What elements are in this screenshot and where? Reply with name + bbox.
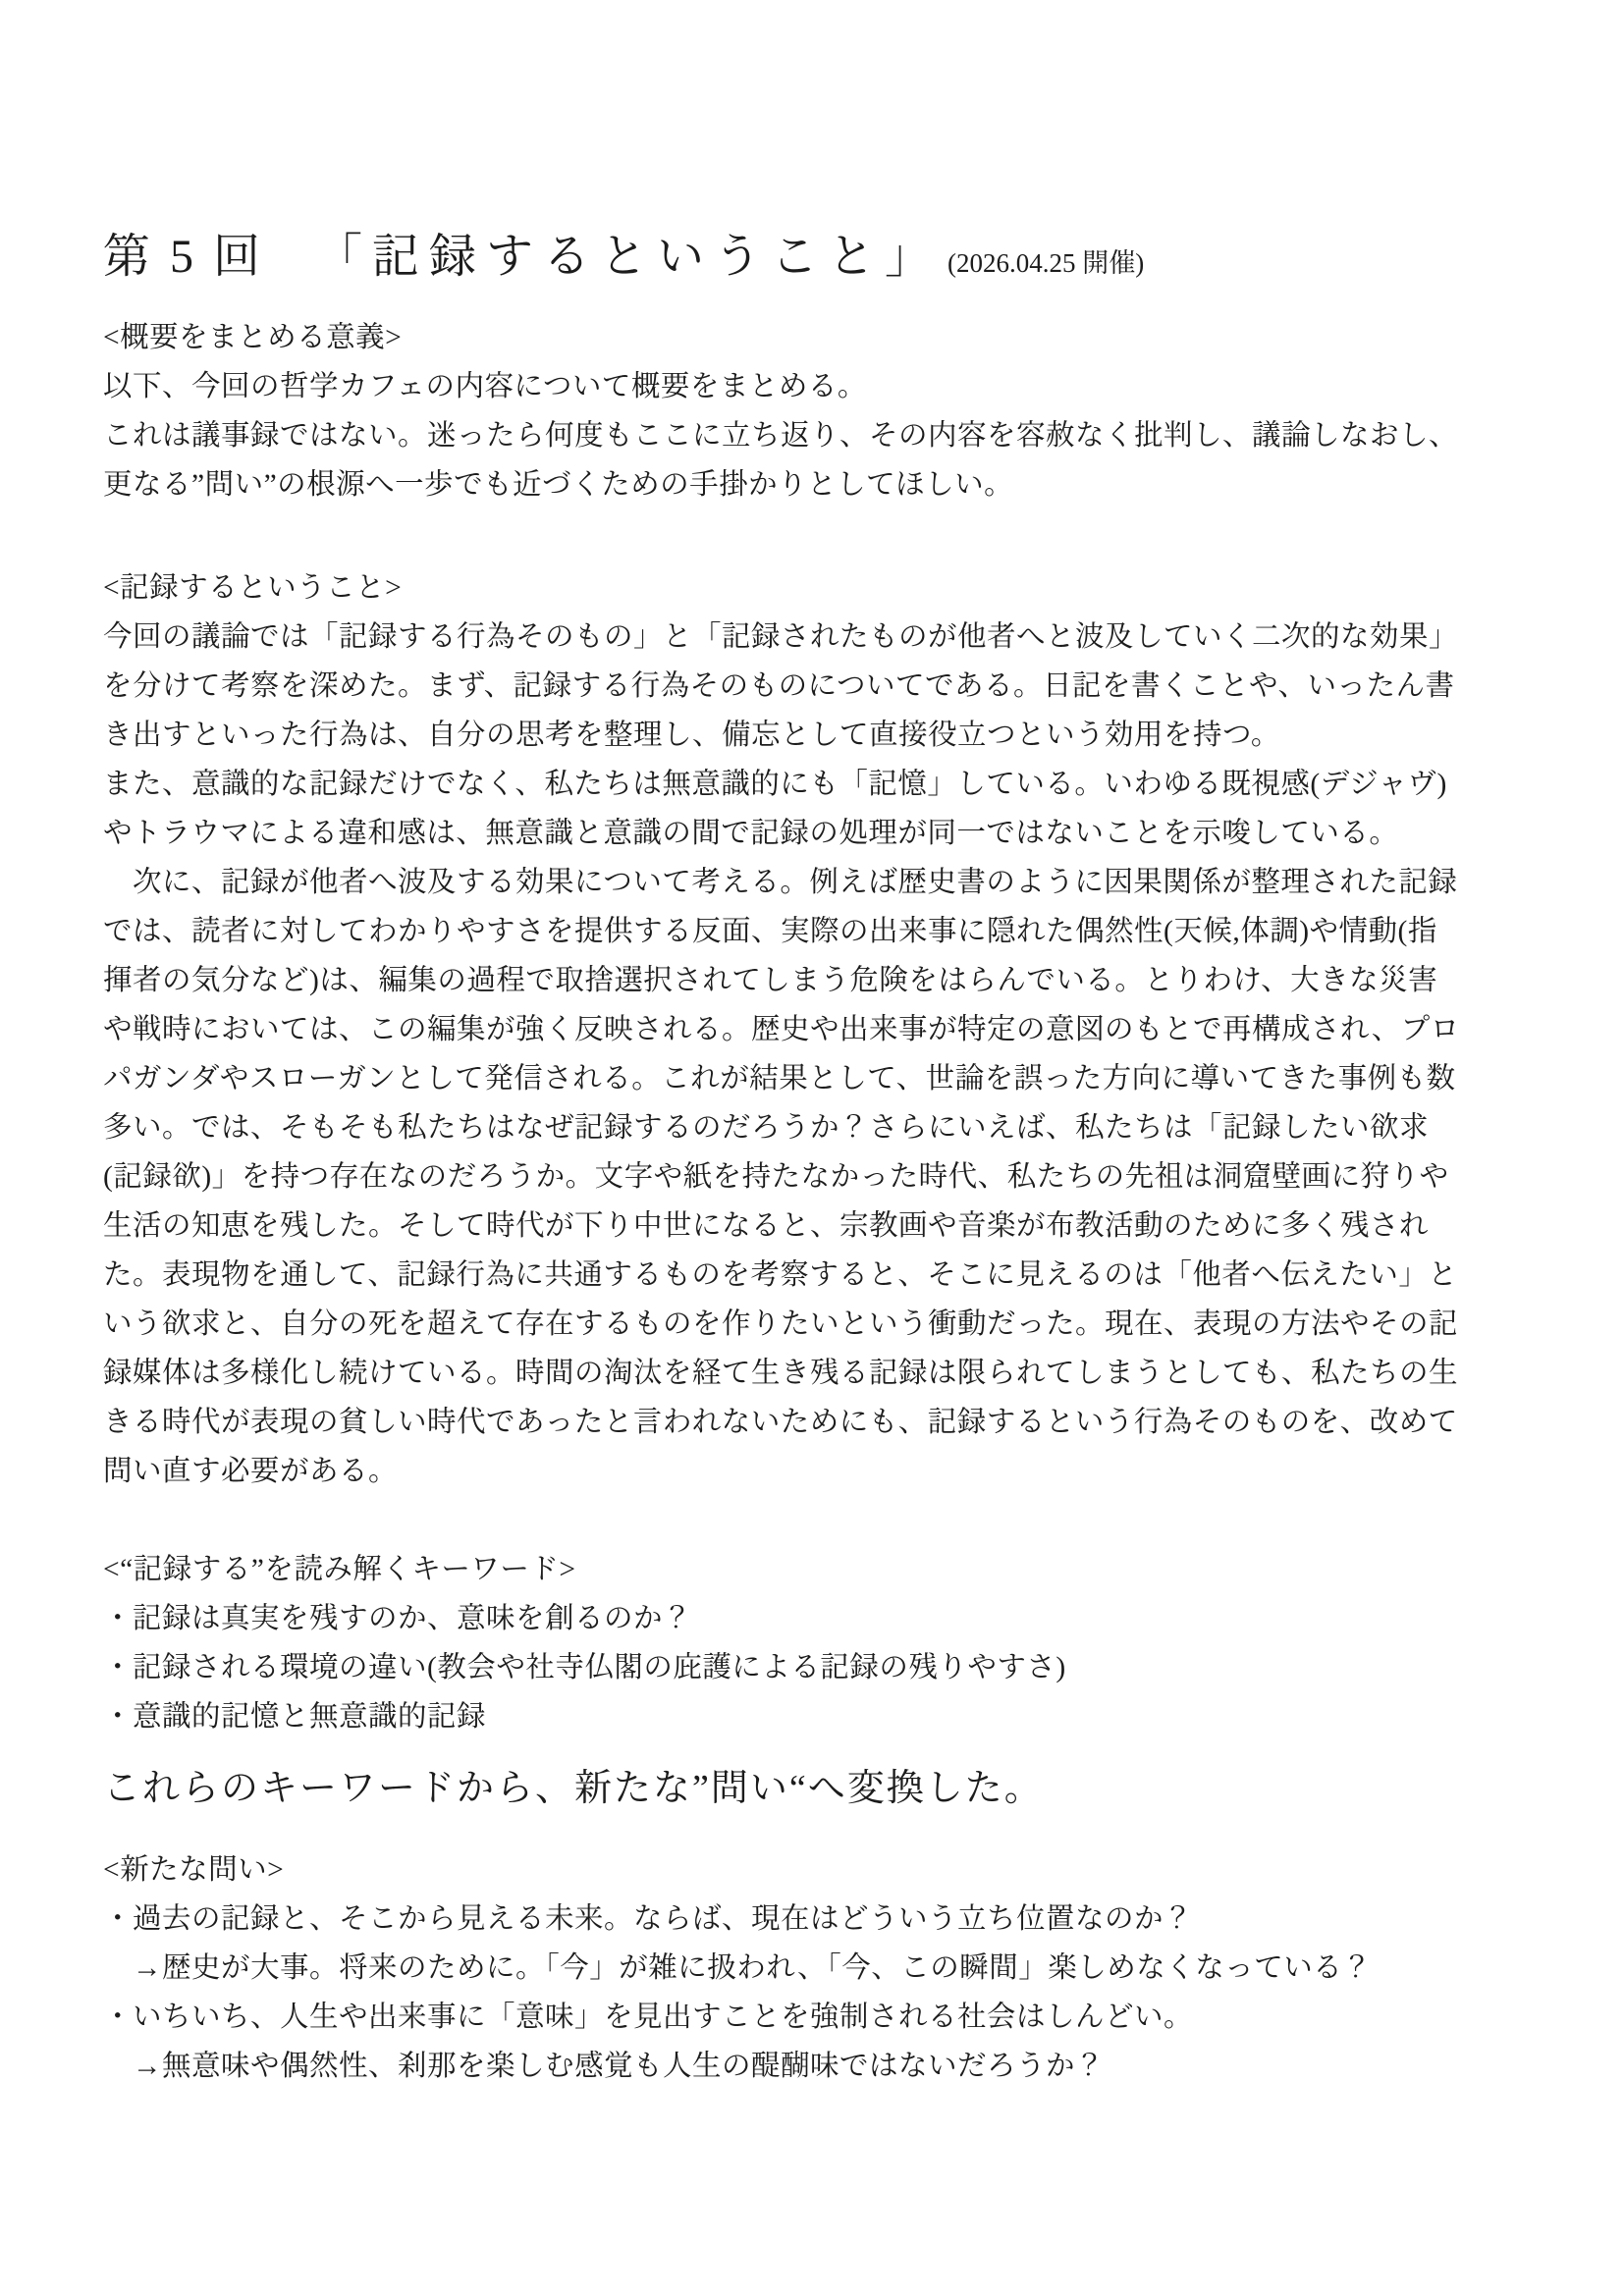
- keyword-item: ・意識的記憶と無意識的記録: [103, 1692, 1520, 1741]
- body-line: 録媒体は多様化し続けている。時間の淘汰を経て生き残る記録は限られてしまうとしても…: [103, 1349, 1520, 1398]
- section-questions: <新たな問い> ・過去の記録と、そこから見える未来。ならば、現在はどういう立ち位…: [103, 1845, 1520, 2091]
- body-line: いう欲求と、自分の死を超えて存在するものを作りたいという衝動だった。現在、表現の…: [103, 1300, 1520, 1349]
- section-heading: <記録するということ>: [103, 563, 1520, 613]
- body-line: き出すといった行為は、自分の思考を整理し、備忘として直接役立つという効用を持つ。: [103, 711, 1520, 760]
- title-subject: 「記録するということ」: [315, 231, 942, 283]
- body-line: 今回の議論では「記録する行為そのもの」と「記録されたものが他者へと波及していく二…: [103, 613, 1520, 662]
- question-followup-line: →歴史が大事。将来のために。「今」が雑に扱われ、「今、この瞬間」楽しめなくなって…: [103, 1944, 1520, 1993]
- body-line: やトラウマによる違和感は、無意識と意識の間で記録の処理が同一ではないことを示唆し…: [103, 809, 1520, 858]
- body-line: これは議事録ではない。迷ったら何度もここに立ち返り、その内容を容赦なく批判し、議…: [103, 411, 1520, 460]
- title-date: (2026.04.25 開催): [947, 248, 1144, 278]
- section-recording: <記録するということ> 今回の議論では「記録する行為そのもの」と「記録されたもの…: [103, 563, 1520, 1496]
- document-page: 第 5 回「記録するということ」(2026.04.25 開催) <概要をまとめる…: [0, 0, 1624, 2296]
- body-line: パガンダやスローガンとして発信される。これが結果として、世論を誤った方向に導いて…: [103, 1054, 1520, 1103]
- question-line: ・過去の記録と、そこから見える未来。ならば、現在はどういう立ち位置なのか？: [103, 1895, 1520, 1944]
- body-line: た。表現物を通して、記録行為に共通するものを考察すると、そこに見えるのは「他者へ…: [103, 1251, 1520, 1300]
- session-number: 第 5 回: [103, 231, 264, 283]
- section-overview: <概要をまとめる意義> 以下、今回の哲学カフェの内容について概要をまとめる。 こ…: [103, 313, 1520, 509]
- body-line: きる時代が表現の貧しい時代であったと言われないためにも、記録するという行為そのも…: [103, 1398, 1520, 1447]
- document-title: 第 5 回「記録するということ」(2026.04.25 開催): [103, 218, 1520, 286]
- body-line: や戦時においては、この編集が強く反映される。歴史や出来事が特定の意図のもとで再構…: [103, 1005, 1520, 1054]
- body-line: 生活の知恵を残した。そして時代が下り中世になると、宗教画や音楽が布教活動のために…: [103, 1201, 1520, 1251]
- section-heading: <“記録する”を読み解くキーワード>: [103, 1545, 1520, 1594]
- question-line: ・いちいち、人生や出来事に「意味」を見出すことを強制される社会はしんどい。: [103, 1993, 1520, 2042]
- body-line: を分けて考察を深めた。まず、記録する行為そのものについてである。日記を書くことや…: [103, 662, 1520, 711]
- keyword-item: ・記録される環境の違い(教会や社寺仏閣の庇護による記録の残りやすさ): [103, 1643, 1520, 1692]
- section-keywords: <“記録する”を読み解くキーワード> ・記録は真実を残すのか、意味を創るのか？ …: [103, 1545, 1520, 1741]
- section-heading: <新たな問い>: [103, 1845, 1520, 1895]
- section-heading: <概要をまとめる意義>: [103, 313, 1520, 362]
- body-line: (記録欲)」を持つ存在なのだろうか。文字や紙を持たなかった時代、私たちの先祖は洞…: [103, 1152, 1520, 1201]
- body-line: 以下、今回の哲学カフェの内容について概要をまとめる。: [103, 362, 1520, 411]
- transition-statement: これらのキーワードから、新たな”問い“へ変換した。: [103, 1757, 1520, 1820]
- keyword-item: ・記録は真実を残すのか、意味を創るのか？: [103, 1594, 1520, 1643]
- body-line: また、意識的な記録だけでなく、私たちは無意識的にも「記憶」している。いわゆる既視…: [103, 760, 1520, 809]
- body-line: 多い。では、そもそも私たちはなぜ記録するのだろうか？さらにいえば、私たちは「記録…: [103, 1103, 1520, 1152]
- body-line: 問い直す必要がある。: [103, 1447, 1520, 1496]
- question-followup-line: →無意味や偶然性、刹那を楽しむ感覚も人生の醍醐味ではないだろうか？: [103, 2042, 1520, 2091]
- body-line: では、読者に対してわかりやすさを提供する反面、実際の出来事に隠れた偶然性(天候,…: [103, 907, 1520, 956]
- body-line: 更なる”問い”の根源へ一歩でも近づくための手掛かりとしてほしい。: [103, 460, 1520, 509]
- body-line: 次に、記録が他者へ波及する効果について考える。例えば歴史書のように因果関係が整理…: [103, 858, 1520, 907]
- body-line: 揮者の気分など)は、編集の過程で取捨選択されてしまう危険をはらんでいる。とりわけ…: [103, 956, 1520, 1005]
